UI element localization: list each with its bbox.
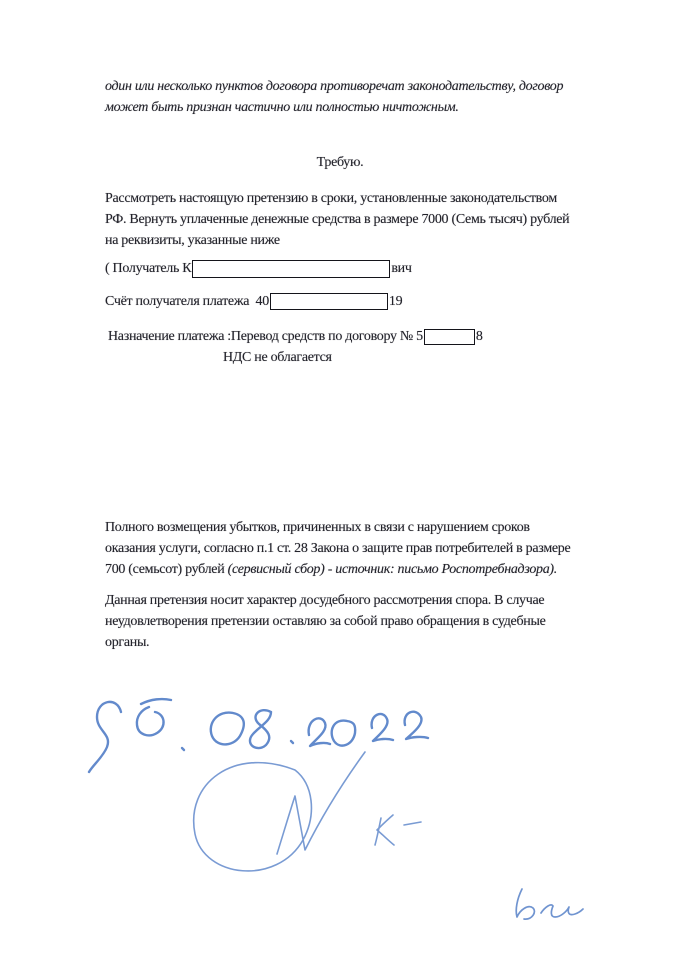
- closing-line: неудовлетворения претензии оставляю за с…: [105, 611, 546, 632]
- intro-line: может быть признан частично или полность…: [105, 97, 563, 118]
- vat-line: НДС не облагается: [223, 347, 332, 368]
- demand-line: на реквизиты, указанные ниже: [105, 230, 569, 251]
- damages-line: Полного возмещения убытков, причиненных …: [105, 517, 570, 538]
- demand-line: РФ. Вернуть уплаченные денежные средства…: [105, 209, 569, 230]
- purpose-line-prefix: Назначение платежа :Перевод средств по д…: [108, 329, 423, 345]
- redaction-box: [424, 329, 475, 345]
- damages-line: 700 (семьсот) рублей (сервисный сбор) - …: [105, 559, 570, 580]
- closing-line: Данная претензия носит характер досудебн…: [105, 590, 546, 611]
- damages-line: оказания услуги, согласно п.1 ст. 28 Зак…: [105, 538, 570, 559]
- damages-italic: (сервисный сбор) - источник: письмо Росп…: [228, 562, 557, 577]
- account-line-suffix: 19: [389, 294, 402, 310]
- recipient-line-suffix: вич: [391, 261, 411, 277]
- account-line: Счёт получателя платежа 4019: [105, 293, 402, 310]
- redaction-box: [192, 260, 390, 278]
- demand-paragraph: Рассмотреть настоящую претензию в сроки,…: [105, 188, 569, 251]
- scanned-claim-document: один или несколько пунктов договора прот…: [0, 0, 700, 980]
- intro-paragraph: один или несколько пунктов договора прот…: [105, 76, 563, 118]
- corner-initials-ink: [505, 882, 600, 932]
- account-line-prefix: Счёт получателя платежа 40: [105, 294, 269, 310]
- damages-regular: 700 (семьсот) рублей: [105, 562, 228, 577]
- demand-heading: Требую.: [105, 152, 575, 173]
- closing-paragraph: Данная претензия носит характер досудебн…: [105, 590, 546, 653]
- purpose-line: Назначение платежа :Перевод средств по д…: [108, 329, 483, 345]
- intro-line: один или несколько пунктов договора прот…: [105, 76, 563, 97]
- handwritten-date-and-signature-ink: [85, 690, 470, 885]
- redaction-box: [270, 293, 388, 310]
- recipient-line: ( Получатель Квич: [105, 260, 412, 278]
- demand-line: Рассмотреть настоящую претензию в сроки,…: [105, 188, 569, 209]
- handwritten-date-strokes: [89, 699, 428, 772]
- damages-paragraph: Полного возмещения убытков, причиненных …: [105, 517, 570, 580]
- purpose-line-suffix: 8: [476, 329, 483, 345]
- recipient-line-prefix: ( Получатель К: [105, 261, 191, 277]
- signature-strokes: [194, 752, 421, 871]
- closing-line: органы.: [105, 632, 546, 653]
